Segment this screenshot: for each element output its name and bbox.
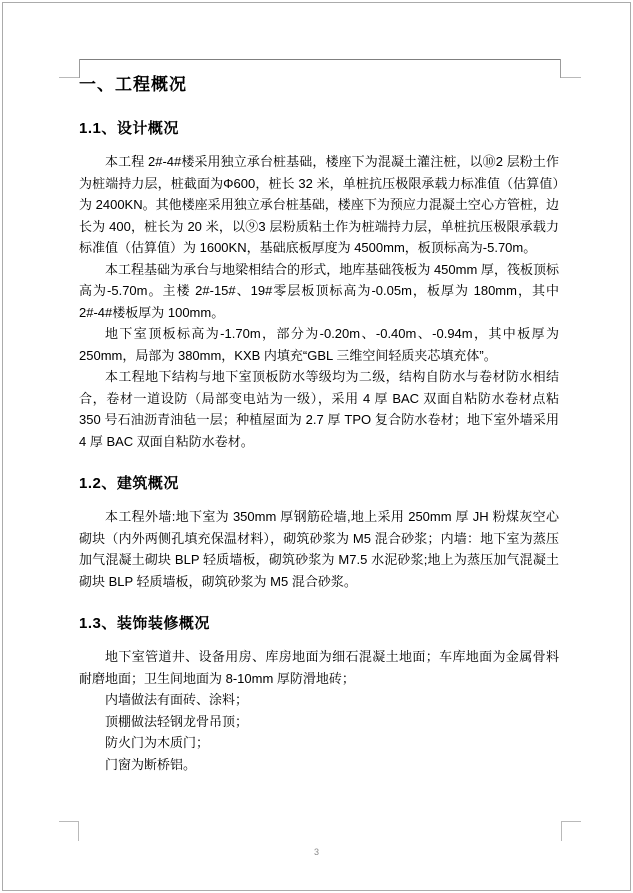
design-paragraph-piles: 本工程 2#-4#楼采用独立承台桩基础，楼座下为混凝土灌注桩，以⑩2 层粉土作为… — [79, 151, 559, 259]
crop-mark-bottom-left — [59, 821, 79, 822]
decoration-paragraph-ceiling: 顶棚做法轻钢龙骨吊顶； — [79, 711, 559, 733]
crop-mark-bottom-left-vertical — [78, 821, 79, 841]
document-page: 一、工程概况 1.1、设计概况 本工程 2#-4#楼采用独立承台桩基础，楼座下为… — [2, 2, 631, 891]
page-title: 一、工程概况 — [79, 73, 559, 97]
crop-mark-bottom-right — [561, 821, 581, 822]
design-paragraph-waterproofing: 本工程地下结构与地下室顶板防水等级均为二级，结构自防水与卷材防水相结合，卷材一道… — [79, 366, 559, 452]
document-content: 一、工程概况 1.1、设计概况 本工程 2#-4#楼采用独立承台桩基础，楼座下为… — [3, 3, 630, 775]
heading-decoration-overview: 1.3、装饰装修概况 — [79, 614, 559, 634]
heading-architecture-overview: 1.2、建筑概况 — [79, 474, 559, 494]
decoration-paragraph-windows: 门窗为断桥铝。 — [79, 754, 559, 776]
crop-mark-bottom-right-vertical — [561, 821, 562, 841]
decoration-paragraph-floors: 地下室管道井、设备用房、库房地面为细石混凝土地面；车库地面为金属骨料耐磨地面；卫… — [79, 646, 559, 689]
decoration-paragraph-innerwall: 内墙做法有面砖、涂料； — [79, 689, 559, 711]
design-paragraph-foundation: 本工程基础为承台与地梁相结合的形式，地库基础筏板为 450mm 厚，筏板顶标高为… — [79, 259, 559, 324]
heading-design-overview: 1.1、设计概况 — [79, 119, 559, 139]
decoration-paragraph-firedoor: 防火门为木质门； — [79, 732, 559, 754]
architecture-paragraph-walls: 本工程外墙:地下室为 350mm 厚钢筋砼墙,地上采用 250mm 厚 JH 粉… — [79, 506, 559, 592]
page-number: 3 — [3, 847, 630, 857]
design-paragraph-basement-slab: 地下室顶板标高为-1.70m，部分为-0.20m、-0.40m、-0.94m，其… — [79, 323, 559, 366]
